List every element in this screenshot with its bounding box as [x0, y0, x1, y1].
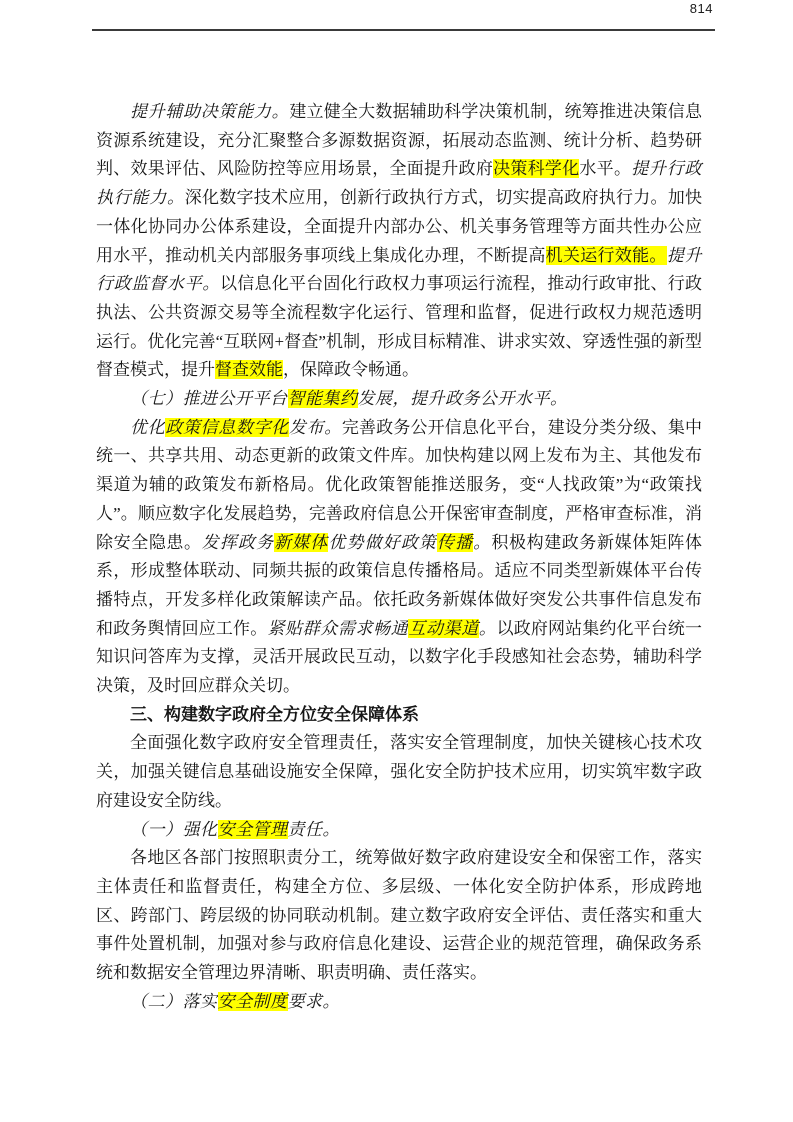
header-rule [92, 29, 715, 31]
page-number: 814 [690, 1, 713, 16]
text-run: 发挥政务 [202, 533, 274, 552]
text-run: 优势做好政策 [328, 533, 437, 552]
highlighted-text: 安全管理 [218, 820, 288, 839]
document-body: 提升辅助决策能力。建立健全大数据辅助科学决策机制，统筹推进决策信息资源系统建设，… [96, 98, 702, 1017]
section-heading: 三、构建数字政府全方位安全保障体系 [96, 701, 702, 730]
text-run: 完善政务公开信息化平台，建设分类分级、集中统一、共享共用、动态更新的政策文件库。… [96, 418, 702, 552]
highlighted-text: 督查效能 [215, 360, 283, 379]
text-run: ，保障政令畅通。 [283, 360, 419, 379]
paragraph: 全面强化数字政府安全管理责任，落实安全管理制度，加快关键核心技术攻关，加强关键信… [96, 729, 702, 815]
text-run: （七）推进公开平台 [130, 389, 288, 408]
text-run: 提升辅助决策能力。 [130, 102, 289, 121]
paragraph: 提升辅助决策能力。建立健全大数据辅助科学决策机制，统筹推进决策信息资源系统建设，… [96, 98, 702, 385]
text-run: 各地区各部门按照职责分工，统筹做好数字政府建设安全和保密工作，落实主体责任和监督… [96, 848, 702, 982]
text-run: 发展，提升政务公开水平。 [358, 389, 568, 408]
highlighted-text: 安全制度 [218, 992, 288, 1011]
text-run: 发布。 [289, 418, 342, 437]
paragraph: （一）强化安全管理责任。 [96, 816, 702, 845]
text-run: 紧贴群众需求畅通 [267, 619, 408, 638]
text-run: 。 [473, 533, 491, 552]
text-run: 三、构建数字政府全方位安全保障体系 [130, 705, 419, 724]
highlighted-text: 传播 [437, 533, 473, 552]
highlighted-text: 机关运行效能。 [546, 246, 667, 265]
text-run: 责任。 [288, 820, 341, 839]
paragraph: （二）落实安全制度要求。 [96, 988, 702, 1017]
text-run: （一）强化 [130, 820, 218, 839]
paragraph: 各地区各部门按照职责分工，统筹做好数字政府建设安全和保密工作，落实主体责任和监督… [96, 844, 702, 988]
paragraph: 优化政策信息数字化发布。完善政务公开信息化平台，建设分类分级、集中统一、共享共用… [96, 414, 702, 701]
highlighted-text: 政策信息数字化 [165, 418, 289, 437]
paragraph: （七）推进公开平台智能集约发展，提升政务公开水平。 [96, 385, 702, 414]
text-run: 。 [479, 619, 497, 638]
highlighted-text: 互动渠道 [408, 619, 479, 638]
text-run: 全面强化数字政府安全管理责任，落实安全管理制度，加快关键核心技术攻关，加强关键信… [96, 733, 702, 809]
text-run: （二）落实 [130, 992, 218, 1011]
document-page: 814 提升辅助决策能力。建立健全大数据辅助科学决策机制，统筹推进决策信息资源系… [0, 0, 793, 1122]
text-run: 优化 [130, 418, 165, 437]
text-run: 要求。 [288, 992, 341, 1011]
highlighted-text: 决策科学化 [493, 159, 579, 178]
highlighted-text: 智能集约 [288, 389, 358, 408]
highlighted-text: 新媒体 [274, 533, 328, 552]
text-run: 水平。 [579, 159, 631, 178]
